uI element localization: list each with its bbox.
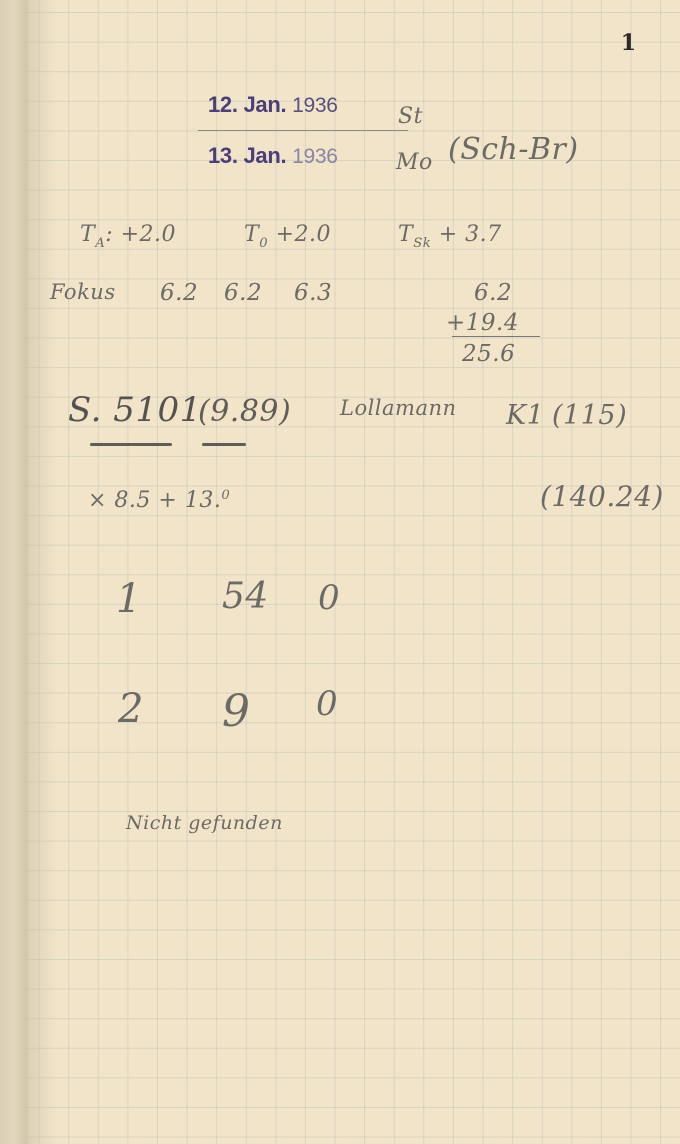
offset-degree: 0 [221, 488, 230, 503]
reading-3: 6.3 [294, 280, 332, 306]
page-edge-shadow [26, 0, 56, 1144]
entry-paren-bottom: (140.24) [540, 480, 664, 513]
weekday-bottom: Mo [396, 150, 433, 175]
stamp-bottom-day-month: 13. Jan. [208, 143, 286, 168]
offset-value: × 8.5 + 13. [88, 488, 221, 513]
entry-id: S. 5101 [68, 390, 202, 430]
notebook-binding [0, 0, 26, 1144]
sum-result: 25.6 [462, 341, 515, 367]
ta-label: T [80, 222, 95, 247]
row-1-col-1: 1 [116, 576, 142, 622]
date-divider-line [198, 130, 408, 131]
sum-line [452, 336, 540, 337]
readings-label: Fokus [50, 280, 116, 304]
row-2-col-2: 9 [222, 686, 251, 737]
stamp-top-year: 1936 [292, 94, 338, 117]
tsk-value: + 3.7 [439, 222, 502, 247]
entry-paren-right: (115) [552, 400, 627, 431]
row-2-col-3: 0 [316, 684, 338, 724]
sum-addend-1: 6.2 [474, 280, 512, 306]
entry-offset: × 8.5 + 13.0 [88, 488, 230, 513]
observer-note: (Sch-Br) [448, 132, 579, 167]
weekday-top: St [398, 104, 423, 129]
row-1-col-2: 54 [222, 576, 269, 617]
temperature-ta: TA: +2.0 [80, 222, 176, 251]
notebook-page: 1 12. Jan. 1936 13. Jan. 1936 St Mo (Sch… [0, 0, 680, 1144]
stamp-bottom-year: 1936 [292, 145, 338, 168]
date-stamp-bottom: 13. Jan. 1936 [208, 143, 338, 169]
entry-class: K1 [506, 400, 544, 431]
tsk-label: T [398, 222, 413, 247]
row-1-col-3: 0 [318, 578, 340, 618]
sum-addend-2: +19.4 [446, 310, 519, 336]
footer-note: Nicht gefunden [126, 812, 283, 834]
row-2-col-1: 2 [118, 686, 144, 732]
to-value: +2.0 [276, 222, 331, 247]
to-label: T [244, 222, 259, 247]
entry-id-underline [90, 443, 172, 446]
to-subscript: 0 [259, 236, 268, 251]
entry-paren-value: (9.89) [198, 394, 291, 429]
page-number: 1 [621, 30, 636, 56]
entry-name: Lollamann [340, 396, 457, 420]
reading-2: 6.2 [224, 280, 262, 306]
ta-subscript: A [95, 236, 105, 251]
tsk-subscript: Sk [413, 236, 431, 251]
reading-1: 6.2 [160, 280, 198, 306]
stamp-top-day-month: 12. Jan. [208, 92, 286, 117]
ta-value: : +2.0 [105, 222, 176, 247]
entry-paren-underline [202, 443, 246, 446]
date-stamp-top: 12. Jan. 1936 [208, 92, 338, 118]
temperature-tsk: TSk + 3.7 [398, 222, 502, 251]
temperature-to: T0 +2.0 [244, 222, 331, 251]
